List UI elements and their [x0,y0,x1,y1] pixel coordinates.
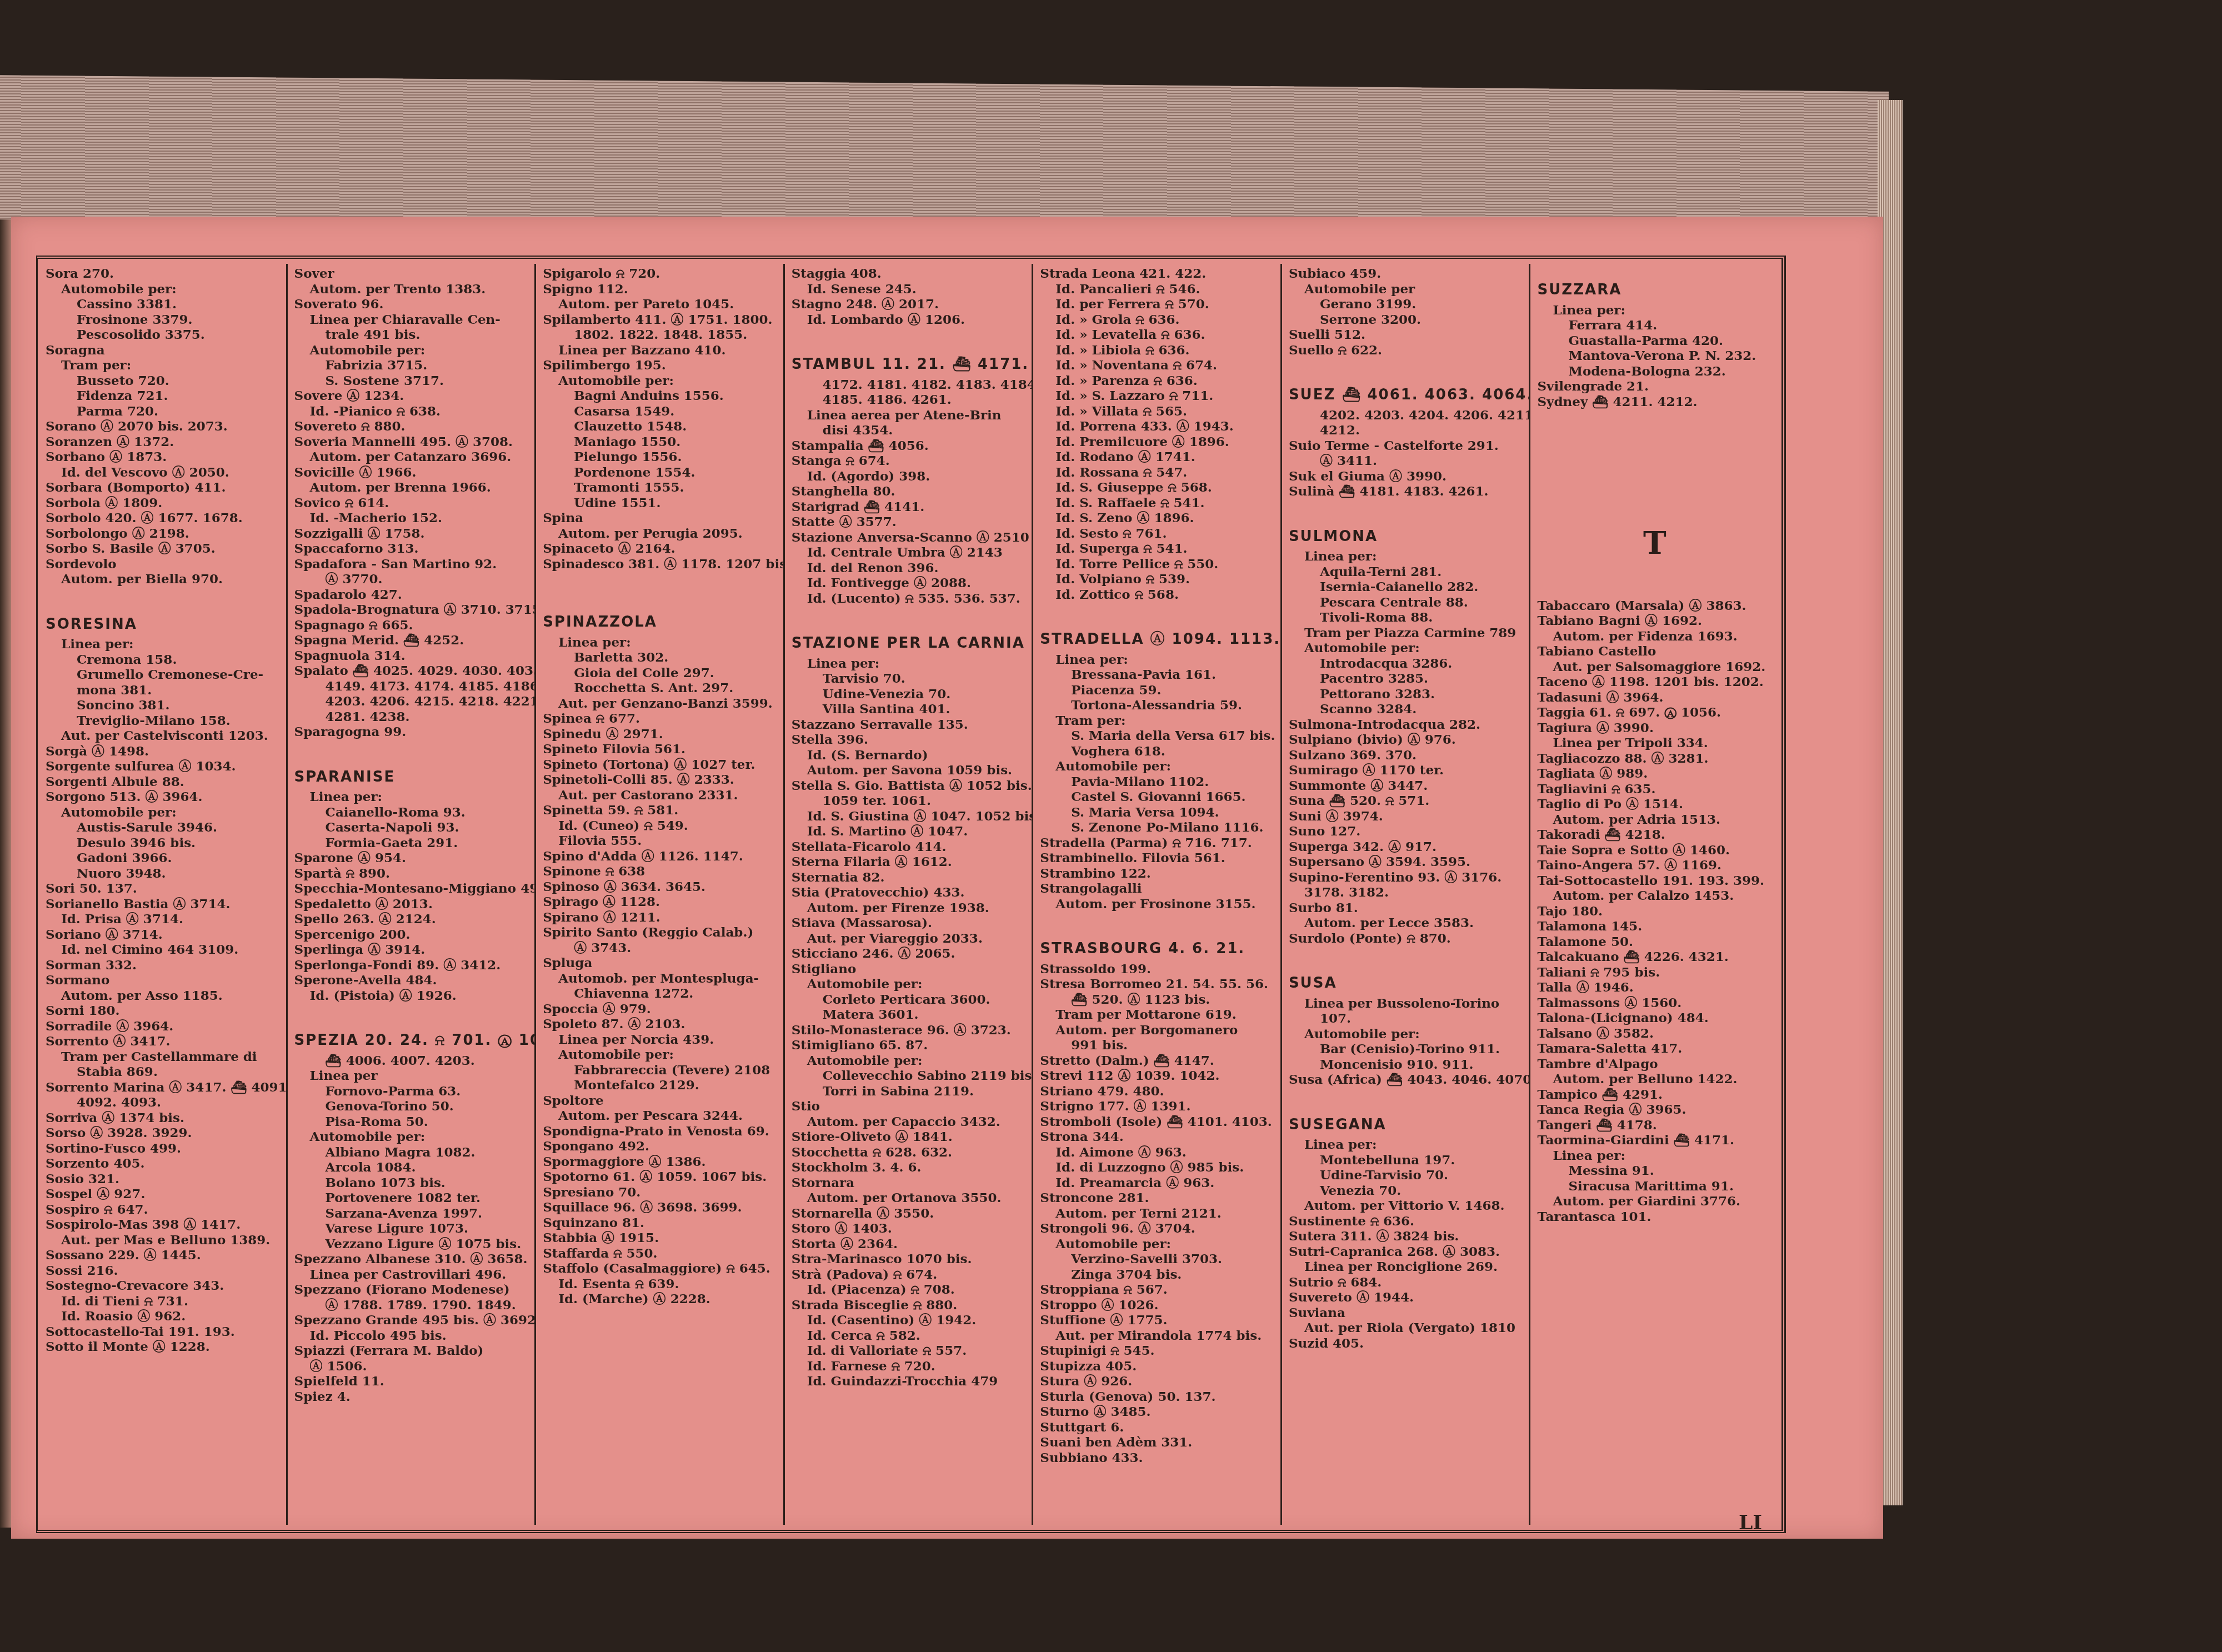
spacer [1537,503,1772,516]
index-entry: Sutrio ⍾ 684. [1289,1275,1524,1290]
index-entry: Stia (Pratovecchio) 433. [792,885,1027,900]
index-entry: Suelli 512. [1289,327,1524,343]
index-entry: Autom. per Vittorio V. 1468. [1289,1198,1524,1214]
spacer [1537,489,1772,503]
index-entry: Aut. per Castorano 2331. [543,788,778,803]
index-entry: Sorbola Ⓐ 1809. [46,495,281,511]
index-entry: Spondigna-Prato in Venosta 69. [543,1124,778,1139]
index-entry: Spagnago ⍾ 665. [294,618,529,633]
index-entry: Stigliano [792,962,1027,977]
index-entry: Id. Esenta ⍾ 639. [543,1276,778,1292]
index-entry: Spluga [543,955,778,971]
index-entry: Stocchetta ⍾ 628. 632. [792,1145,1027,1160]
index-entry: Spadola-Brognatura Ⓐ 3710. 3715. [294,602,529,618]
index-entry: Spielfeld 11. [294,1374,529,1389]
index-entry: Sori 50. 137. [46,881,281,897]
index-entry: Stazzano Serravalle 135. [792,717,1027,733]
index-entry: Id. Senese 245. [792,282,1027,297]
index-entry: Tram per: [1040,713,1275,729]
section-heading: SULMONA [1289,529,1524,545]
index-entry: Id. Preamarcia Ⓐ 963. [1040,1175,1275,1191]
index-entry: Serrone 3200. [1289,312,1524,328]
index-entry: Linea per: [792,656,1027,672]
index-entry: Autom. per Catanzaro 3696. [294,449,529,465]
index-entry: Sossano 229. Ⓐ 1445. [46,1248,281,1263]
index-entry: Stabia 869. [46,1064,281,1080]
index-entry: Id. » S. Lazzaro ⍾ 711. [1040,388,1275,404]
index-entry: Sorianello Bastia Ⓐ 3714. [46,897,281,912]
column-1: Sora 270.Automobile per:Cassino 3381.Fro… [39,264,288,1525]
index-entry: Tagiura Ⓐ 3990. [1537,720,1772,736]
index-entry: Spaccaforno 313. [294,541,529,557]
section-heading: STAMBUL 11. 21. ⛴ 4171. [792,357,1027,373]
section-heading: STAZIONE PER LA CARNIA [792,636,1027,652]
index-entry: Aut. per Castelvisconti 1203. [46,728,281,744]
index-entry: Autom. per Trento 1383. [294,282,529,297]
index-entry: Udine 1551. [543,495,778,511]
index-entry: Spotorno 61. Ⓐ 1059. 1067 bis. [543,1169,778,1185]
index-entry: Spinoso Ⓐ 3634. 3645. [543,879,778,895]
section-heading: SPEZIA 20. 24. ⍾ 701. Ⓐ 1070 bis [294,1033,529,1049]
index-entry: Varese Ligure 1073. [294,1221,529,1237]
index-entry: Suno 127. [1289,824,1524,839]
index-entry: Sover [294,266,529,282]
index-entry: Sorzento 405. [46,1156,281,1172]
index-entry: Stresa Borromeo 21. 54. 55. 56. [1040,977,1275,992]
index-entry: Gioia del Colle 297. [543,665,778,681]
index-entry: Stiava (Massarosa). [792,915,1027,931]
index-entry: Strambinello. Filovia 561. [1040,850,1275,866]
index-entry: Tagliacozzo 88. Ⓐ 3281. [1537,751,1772,767]
index-entry: Filovia 555. [543,833,778,849]
index-entry: Soragna [46,343,281,358]
index-entry: Busseto 720. [46,373,281,389]
index-entry: Storo Ⓐ 1403. [792,1221,1027,1237]
index-entry: Spalato ⛴ 4025. 4029. 4030. 4033. [294,663,529,679]
index-entry: Suna ⛴ 520. ⍾ 571. [1289,793,1524,809]
index-entry: Stazione Anversa-Scanno Ⓐ 2510 [792,530,1027,545]
index-entry: Tamara-Saletta 417. [1537,1041,1772,1057]
index-entry: Pescara Centrale 88. [1289,595,1524,610]
index-entry: Autom. per Ortanova 3550. [792,1190,1027,1206]
section-heading: STRASBOURG 4. 6. 21. [1040,942,1275,957]
index-entry: Sorriva Ⓐ 1374 bis. [46,1110,281,1126]
index-entry: Autom. per Pescara 3244. [543,1108,778,1124]
column-2: SoverAutom. per Trento 1383.Soverato 96.… [288,264,537,1525]
index-entry: Stilo-Monasterace 96. Ⓐ 3723. [792,1023,1027,1038]
index-entry: Parma 720. [46,404,281,419]
index-entry: Surbo 81. [1289,900,1524,916]
index-entry: Spina [543,510,778,526]
index-entry: Spezzano (Fiorano Modenese) [294,1282,529,1298]
index-entry: Automobile per: [1040,759,1275,774]
index-entry: Linea per: [294,789,529,805]
index-entry: Guastalla-Parma 420. [1537,333,1772,349]
index-entry: S. Sostene 3717. [294,373,529,389]
index-entry: Sovereto ⍾ 880. [294,419,529,434]
index-entry: Pisa-Roma 50. [294,1114,529,1130]
index-entry: Stuffione Ⓐ 1775. [1040,1313,1275,1328]
index-entry: Austis-Sarule 3946. [46,820,281,835]
index-entry: Suio Terme - Castelforte 291. [1289,438,1524,454]
index-entry: 4281. 4238. [294,709,529,725]
index-entry: Automobile per: [543,373,778,389]
index-entry: Sperlinga Ⓐ 3914. [294,942,529,958]
index-entry: Autom. per Biella 970. [46,572,281,587]
index-entry: Sumirago Ⓐ 1170 ter. [1289,763,1524,778]
index-entry: Tampico ⛴ 4291. [1537,1087,1772,1103]
spacer [543,572,778,585]
index-entry: Id. Fontivegge Ⓐ 2088. [792,575,1027,591]
index-entry: Id. (S. Bernardo) [792,748,1027,763]
index-entry: Sozzigalli Ⓐ 1758. [294,526,529,542]
index-entry: Piacenza 59. [1040,683,1275,698]
index-entry: Spigarolo ⍾ 720. [543,266,778,282]
index-entry: Linea per: [1537,303,1772,318]
index-entry: Id. Farnese ⍾ 720. [792,1359,1027,1374]
index-entry: 4212. [1289,423,1524,438]
index-entry: Cassino 3381. [46,297,281,312]
index-entry: Tivoli-Roma 88. [1289,610,1524,625]
column-6: Subiaco 459.Automobile perGerano 3199.Se… [1282,264,1531,1525]
index-entry: Stanga ⍾ 674. [792,453,1027,469]
index-entry: Stuttgart 6. [1040,1420,1275,1435]
index-entry: Spirito Santo (Reggio Calab.) [543,925,778,940]
index-entry: Spinea ⍾ 677. [543,711,778,727]
index-entry: Collevecchio Sabino 2119 bis [792,1068,1027,1084]
index-entry: Tram per Piazza Carmine 789 [1289,625,1524,641]
index-entry: Tambre d'Alpago [1537,1057,1772,1072]
index-entry: Montefalco 2129. [543,1078,778,1093]
index-entry: Summonte Ⓐ 3447. [1289,778,1524,794]
index-columns: Sora 270.Automobile per:Cassino 3381.Fro… [39,264,1778,1525]
index-entry: Stampalia ⛴ 4056. [792,438,1027,454]
index-entry: Casarsa 1549. [543,404,778,419]
index-entry: Sorni 180. [46,1003,281,1019]
spacer [1537,463,1772,476]
index-entry: Automobile per: [46,805,281,820]
index-entry: Superga 342. Ⓐ 917. [1289,839,1524,855]
index-entry: Ⓐ 3770. [294,572,529,587]
index-entry: Id. Centrale Umbra Ⓐ 2143 [792,545,1027,560]
index-entry: Takoradi ⛴ 4218. [1537,827,1772,843]
index-entry: Aut. per Genzano-Banzi 3599. [543,696,778,712]
index-entry: Linea per [294,1068,529,1084]
index-entry: Strangolagalli [1040,881,1275,897]
section-heading: SUSA [1289,976,1524,992]
index-entry: Sorradile Ⓐ 3964. [46,1019,281,1034]
index-entry: Villa Santina 401. [792,702,1027,717]
index-entry: Suk el Giuma Ⓐ 3990. [1289,469,1524,484]
index-entry: Autom. per Capaccio 3432. [792,1114,1027,1130]
index-entry: Sospirolo-Mas 398 Ⓐ 1417. [46,1217,281,1233]
index-entry: Staggia 408. [792,266,1027,282]
index-entry: Subiaco 459. [1289,266,1524,282]
index-entry: Tram per Mottarone 619. [1040,1007,1275,1023]
index-entry: Spinetta 59. ⍾ 581. [543,803,778,818]
index-entry: Vezzano Ligure Ⓐ 1075 bis. [294,1237,529,1252]
index-entry: Sorrento Marina Ⓐ 3417. ⛴ 4091. [46,1080,281,1095]
index-entry: Pettorano 3283. [1289,687,1524,702]
index-entry: Sustinente ⍾ 636. [1289,1214,1524,1229]
index-entry: Suzid 405. [1289,1336,1524,1351]
index-entry: Soncino 381. [46,698,281,713]
index-entry: Venezia 70. [1289,1183,1524,1199]
index-entry: Sorman 332. [46,958,281,973]
index-entry: Talla Ⓐ 1946. [1537,980,1772,995]
index-entry: Corleto Perticara 3600. [792,992,1027,1008]
index-entry: Sortino-Fusco 499. [46,1141,281,1157]
index-entry: Sorano Ⓐ 2070 bis. 2073. [46,419,281,434]
index-entry: Tabaccaro (Marsala) Ⓐ 3863. [1537,598,1772,614]
index-entry: Automob. per Montespluga- [543,971,778,987]
spacer [1289,358,1524,371]
index-entry: Autom. per Giardini 3776. [1537,1194,1772,1209]
index-entry: Sorbolongo Ⓐ 2198. [46,526,281,542]
index-entry: Ⓐ 3411. [1289,453,1524,469]
index-entry: Spezzano Grande 495 bis. Ⓐ 3692 [294,1313,529,1328]
index-entry: Barletta 302. [543,650,778,665]
index-entry: Nuoro 3948. [46,866,281,882]
index-entry: Spartà ⍾ 890. [294,866,529,882]
index-entry: Spercenigo 200. [294,927,529,943]
index-entry: Pavia-Milano 1102. [1040,774,1275,790]
spacer [1537,585,1772,598]
index-entry: Stockholm 3. 4. 6. [792,1160,1027,1175]
index-entry: Genova-Torino 50. [294,1099,529,1114]
index-entry: Id. -Macherio 152. [294,510,529,526]
index-entry: Automobile per: [46,282,281,297]
column-7: SUZZARALinea per:Ferrara 414.Guastalla-P… [1530,264,1778,1525]
index-entry: Id. (Cuneo) ⍾ 549. [543,818,778,834]
index-entry: Suni Ⓐ 3974. [1289,809,1524,824]
index-entry: Id. S. Martino Ⓐ 1047. [792,824,1027,839]
index-entry: Automobile per: [1040,1237,1275,1252]
index-entry: Fabbrareccia (Tevere) 2108 [543,1063,778,1078]
index-entry: Spoleto 87. Ⓐ 2103. [543,1017,778,1032]
index-entry: Voghera 618. [1040,744,1275,759]
index-entry: Sormano [46,973,281,988]
index-entry: Montebelluna 197. [1289,1153,1524,1168]
index-entry: Arcola 1084. [294,1160,529,1175]
index-entry: Spagna Merid. ⛴ 4252. [294,633,529,648]
index-entry: Rocchetta S. Ant. 297. [543,680,778,696]
index-entry: Tram per: [46,358,281,373]
index-entry: Stabbia Ⓐ 1915. [543,1230,778,1246]
index-entry: 1059 ter. 1061. [792,793,1027,809]
index-entry: Id. S. Raffaele ⍾ 541. [1040,495,1275,511]
index-entry: Sospel Ⓐ 927. [46,1187,281,1202]
index-entry: Automobile per: [543,1047,778,1063]
spacer [1537,423,1772,436]
index-entry: Albiano Magra 1082. [294,1145,529,1160]
index-entry: Sossi 216. [46,1263,281,1279]
index-entry: Spinetoli-Colli 85. Ⓐ 2333. [543,772,778,788]
index-entry: Ferrara 414. [1537,318,1772,333]
index-entry: Storta Ⓐ 2364. [792,1237,1027,1252]
index-entry: Automobile per: [294,343,529,358]
index-entry: Id. di Luzzogno Ⓐ 985 bis. [1040,1160,1275,1175]
index-entry: Taino-Angera 57. Ⓐ 1169. [1537,858,1772,873]
spacer [1289,946,1524,959]
index-entry: Taie Sopra e Sotto Ⓐ 1460. [1537,843,1772,858]
index-entry: S. Maria della Versa 617 bis. [1040,728,1275,744]
index-entry: Id. Cerca ⍾ 582. [792,1328,1027,1344]
index-entry: Talmassons Ⓐ 1560. [1537,995,1772,1011]
index-entry: Autom. per Frosinone 3155. [1040,897,1275,912]
index-entry: Tajo 180. [1537,904,1772,919]
index-entry: Strà (Padova) ⍾ 674. [792,1267,1027,1283]
index-entry: Spinadesco 381. Ⓐ 1178. 1207 bis. [543,557,778,572]
index-entry: Sparagogna 99. [294,724,529,740]
index-entry: Sorbano Ⓐ 1873. [46,449,281,465]
index-entry: Tai-Sottocastello 191. 193. 399. [1537,873,1772,889]
index-entry: Sutri-Capranica 268. Ⓐ 3083. [1289,1244,1524,1260]
index-entry: Cremona 158. [46,652,281,668]
index-entry: Automobile per [1289,282,1524,297]
index-entry: Id. Volpiano ⍾ 539. [1040,572,1275,587]
index-entry: Introdacqua 3286. [1289,656,1524,672]
index-entry: Caserta-Napoli 93. [294,820,529,835]
index-entry: Aut. per Mirandola 1774 bis. [1040,1328,1275,1344]
index-entry: Spigno 112. [543,282,778,297]
index-entry: Tagliata Ⓐ 989. [1537,766,1772,782]
index-entry: Linea per Bussoleno-Torino [1289,996,1524,1012]
index-entry: Sulzano 369. 370. [1289,748,1524,763]
index-entry: Bolano 1073 bis. [294,1175,529,1191]
index-entry: Gerano 3199. [1289,297,1524,312]
index-entry: S. Zenone Po-Milano 1116. [1040,820,1275,835]
index-entry: Supersano Ⓐ 3594. 3595. [1289,854,1524,870]
spacer [1289,499,1524,513]
index-entry: Tortona-Alessandria 59. [1040,698,1275,713]
index-entry: Strassoldo 199. [1040,962,1275,977]
index-entry: Stornara [792,1175,1027,1191]
spacer [1289,1088,1524,1101]
index-entry: Strada Leona 421. 422. [1040,266,1275,282]
index-entry: Id. Premilcuore Ⓐ 1896. [1040,434,1275,450]
index-entry: Stimigliano 65. 87. [792,1038,1027,1053]
index-entry: Id. -Pianico ⍾ 638. [294,404,529,419]
index-entry: trale 491 bis. [294,327,529,343]
index-entry: Staffarda ⍾ 550. [543,1246,778,1261]
index-entry: Id. » Parenza ⍾ 636. [1040,373,1275,389]
index-entry: Staffolo (Casalmaggiore) ⍾ 645. [543,1261,778,1276]
index-entry: Id. S. Giuseppe ⍾ 568. [1040,480,1275,495]
index-entry: Sovicille Ⓐ 1966. [294,465,529,480]
index-entry: Messina 91. [1537,1163,1772,1179]
index-entry: Sterna Filaria Ⓐ 1612. [792,854,1027,870]
index-entry: Id. (Casentino) Ⓐ 1942. [792,1313,1027,1328]
index-entry: Moncenisio 910. 911. [1289,1057,1524,1073]
index-entry: Stella 396. [792,732,1027,748]
index-entry: Sotto il Monte Ⓐ 1228. [46,1339,281,1355]
index-entry: Pordenone 1554. [543,465,778,480]
index-entry: Pescosolido 3375. [46,327,281,343]
section-heading: SUSEGANA [1289,1118,1524,1133]
index-entry: Stellata-Ficarolo 414. [792,839,1027,855]
index-entry: Stornarella Ⓐ 3550. [792,1206,1027,1222]
spacer [1040,602,1275,615]
index-entry: Surdolo (Ponte) ⍾ 870. [1289,931,1524,947]
index-entry: Linea per: [1040,652,1275,668]
index-entry: Spino d'Adda Ⓐ 1126. 1147. [543,849,778,864]
index-entry: Id. S. Giustina Ⓐ 1047. 1052 bis [792,809,1027,824]
index-entry: Spineto Filovia 561. [543,742,778,757]
spacer [1537,572,1772,585]
index-entry: Id. » Noventana ⍾ 674. [1040,358,1275,373]
index-entry: Spresiano 70. [543,1185,778,1200]
index-entry: Strigno 177. Ⓐ 1391. [1040,1099,1275,1114]
index-entry: Stroppo Ⓐ 1026. [1040,1298,1275,1313]
index-entry: 107. [1289,1011,1524,1027]
index-entry: Aut. per Mas e Belluno 1389. [46,1233,281,1248]
index-entry: Stupinigi ⍾ 545. [1040,1343,1275,1359]
index-entry: Tarantasca 101. [1537,1209,1772,1225]
index-entry: Stromboli (Isole) ⛴ 4101. 4103. [1040,1114,1275,1130]
index-entry: Sturla (Genova) 50. 137. [1040,1389,1275,1405]
index-entry: Linea per: [46,637,281,652]
index-entry: ⛴ 4006. 4007. 4203. [294,1053,529,1069]
index-entry: Aut. per Salsomaggiore 1692. [1537,659,1772,675]
index-entry: Autom. per Perugia 2095. [543,526,778,542]
index-entry: Formia-Gaeta 291. [294,835,529,851]
index-entry: Linea per: [1537,1148,1772,1164]
index-entry: Talamone 50. [1537,934,1772,950]
index-entry: Sturno Ⓐ 3485. [1040,1404,1275,1420]
index-entry: Zinga 3704 bis. [1040,1267,1275,1283]
index-entry: Soranzen Ⓐ 1372. [46,434,281,450]
index-entry: Ⓐ 3743. [543,940,778,956]
spacer [294,740,529,753]
index-entry: Tabiano Bagni Ⓐ 1692. [1537,613,1772,629]
index-entry: Stroppiana ⍾ 567. [1040,1282,1275,1298]
index-entry: Taceno Ⓐ 1198. 1201 bis. 1202. [1537,674,1772,690]
section-heading: SPINAZZOLA [543,615,778,630]
index-entry: Autom. per Belluno 1422. [1537,1072,1772,1087]
index-entry: Bar (Cenisio)-Torino 911. [1289,1042,1524,1057]
index-entry: Spagnuola 314. [294,648,529,664]
index-entry: Id. per Ferrera ⍾ 570. [1040,297,1275,312]
index-entry: Isernia-Caianello 282. [1289,579,1524,595]
index-entry: Ⓐ 1788. 1789. 1790. 1849. [294,1298,529,1313]
index-entry: Striano 479. 480. [1040,1084,1275,1099]
spacer [1537,409,1772,423]
index-entry: Tabiano Castello [1537,644,1772,659]
index-entry: Sydney ⛴ 4211. 4212. [1537,394,1772,410]
index-entry: Linea per Ronciglione 269. [1289,1259,1524,1275]
section-heading: SORESINA [46,617,281,633]
spacer [1537,436,1772,449]
index-entry: Linea per: [1289,1137,1524,1153]
index-entry: Sulinà ⛴ 4181. 4183. 4261. [1289,484,1524,499]
index-entry: Sostegno-Crevacore 343. [46,1278,281,1294]
index-entry: Desulo 3946 bis. [46,835,281,851]
index-entry: Id. (Marche) Ⓐ 2228. [543,1291,778,1307]
index-entry: Id. Aimone Ⓐ 963. [1040,1145,1275,1160]
index-entry: Autom. per Asso 1185. [46,988,281,1004]
index-entry: Spedaletto Ⓐ 2013. [294,897,529,912]
index-entry: Sorbo S. Basile Ⓐ 3705. [46,541,281,557]
section-heading: STRADELLA Ⓐ 1094. 1113. [1040,632,1275,648]
index-entry: Spadafora - San Martino 92. [294,557,529,572]
index-entry: Soverato 96. [294,297,529,312]
index-entry: Sorbolo 420. Ⓐ 1677. 1678. [46,510,281,526]
index-entry: Talona-(Licignano) 484. [1537,1010,1772,1026]
index-entry: Clauzetto 1548. [543,419,778,434]
index-entry: Sulpiano (bivio) Ⓐ 976. [1289,732,1524,748]
index-entry: Linea per Norcia 439. [543,1032,778,1048]
